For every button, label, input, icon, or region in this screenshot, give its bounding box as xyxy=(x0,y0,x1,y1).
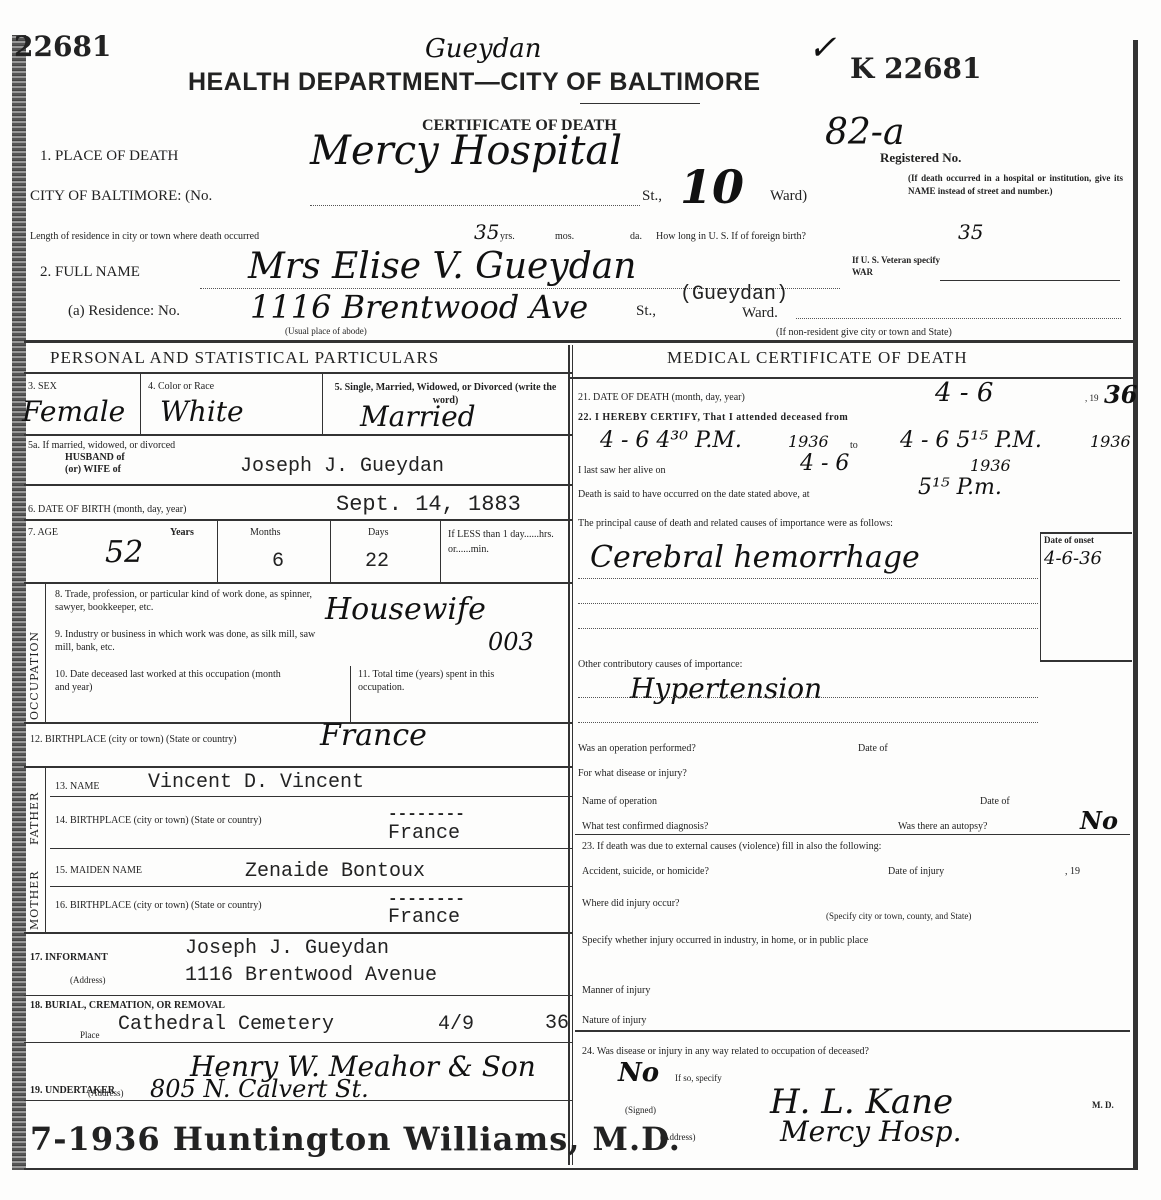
page-title: HEALTH DEPARTMENT—CITY OF BALTIMORE xyxy=(188,68,761,97)
trade-label: 8. Trade, profession, or particular kind… xyxy=(55,588,325,614)
manner-label: Manner of injury xyxy=(582,985,650,996)
injury-date-label: Date of injury xyxy=(888,866,944,877)
mother-name-label: 15. MAIDEN NAME xyxy=(55,865,142,876)
residence-length-label: Length of residence in city or town wher… xyxy=(30,231,259,242)
surname-annotation: Gueydan xyxy=(425,34,541,64)
dod-year-prefix: , 19 xyxy=(1085,393,1099,403)
father-name-value: Vincent D. Vincent xyxy=(148,771,364,794)
residence-label: (a) Residence: No. xyxy=(68,303,180,320)
less-than-label: If LESS than 1 day......hrs. or......min… xyxy=(448,527,558,557)
dob-label: 6. DATE OF BIRTH (month, day, year) xyxy=(28,504,186,515)
burial-date: 4/9 xyxy=(438,1013,474,1036)
days-label: Days xyxy=(368,527,389,538)
mother-bp-value: France xyxy=(388,906,460,929)
contrib-label: Other contributory causes of importance: xyxy=(578,659,742,670)
op-name-date-label: Date of xyxy=(980,796,1010,807)
father-side-label: FATHER xyxy=(28,770,41,845)
mos-label: mos. xyxy=(555,231,574,242)
accident-label: Accident, suicide, or homicide? xyxy=(582,866,709,877)
file-note: 82-a xyxy=(825,112,904,153)
onset-label: Date of onset xyxy=(1044,535,1094,545)
trade-code: 003 xyxy=(488,628,534,656)
race-label: 4. Color or Race xyxy=(148,381,214,392)
place-of-death-label: 1. PLACE OF DEATH xyxy=(40,148,178,165)
signed-label: (Signed) xyxy=(625,1105,656,1115)
checkmark-icon: ✓ xyxy=(808,28,837,68)
informant-label: 17. INFORMANT xyxy=(30,952,108,963)
ward-value: 10 xyxy=(680,160,744,214)
veteran-label: If U. S. Veteran specify WAR xyxy=(852,254,962,278)
dod-label: 21. DATE OF DEATH (month, day, year) xyxy=(578,392,745,403)
certify-label: 22. I HEREBY CERTIFY, That I attended de… xyxy=(578,412,1128,423)
age-days: 22 xyxy=(365,550,389,573)
disease-label: For what disease or injury? xyxy=(578,768,687,779)
father-name-label: 13. NAME xyxy=(55,781,99,792)
age-months: 6 xyxy=(272,550,284,573)
residence-ward: Ward. xyxy=(742,305,778,322)
residence-value: 1116 Brentwood Ave xyxy=(250,288,588,326)
op-name-label: Name of operation xyxy=(582,796,657,807)
md-label: M. D. xyxy=(1092,1100,1114,1110)
attended-from: 4 - 6 4³⁰ P.M. xyxy=(600,428,742,453)
city-label: CITY OF BALTIMORE: (No. xyxy=(30,188,212,205)
us-years: 35 xyxy=(958,220,983,244)
spouse-label-3: (or) WIFE of xyxy=(65,464,121,475)
injury-year-prefix: , 19 xyxy=(1065,866,1080,877)
informant-value: Joseph J. Gueydan xyxy=(185,937,389,960)
total-time-label: 11. Total time (years) spent in this occ… xyxy=(358,668,518,694)
undertaker-address: 805 N. Calvert St. xyxy=(150,1075,369,1103)
father-bp-label: 14. BIRTHPLACE (city or town) (State or … xyxy=(55,815,262,826)
full-name-label: 2. FULL NAME xyxy=(40,264,140,281)
abode-note: (Usual place of abode) xyxy=(285,326,367,336)
burial-place-label: Place xyxy=(80,1030,100,1040)
title-underline xyxy=(580,103,700,104)
if-so-label: If so, specify xyxy=(675,1073,722,1083)
age-label: 7. AGE xyxy=(28,527,58,538)
full-name-value: Mrs Elise V. Gueydan xyxy=(248,246,636,287)
hospital-note: (If death occurred in a hospital or inst… xyxy=(908,172,1123,198)
test-label: What test confirmed diagnosis? xyxy=(582,821,708,832)
last-worked-label: 10. Date deceased last worked at this oc… xyxy=(55,668,290,694)
operation-label: Was an operation performed? xyxy=(578,743,696,754)
cert-number-right: K 22681 xyxy=(850,52,982,85)
cause-label: The principal cause of death and related… xyxy=(578,517,938,530)
occ-related-value: No xyxy=(618,1058,659,1088)
industry-injury-label: Specify whether injury occurred in indus… xyxy=(582,925,1127,957)
nature-label: Nature of injury xyxy=(582,1015,646,1026)
right-border xyxy=(1133,40,1138,1170)
yrs-label: yrs. xyxy=(500,231,515,242)
attended-to: 4 - 6 5¹⁵ P.M. xyxy=(900,428,1042,453)
filed-stamp: 7-1936 Huntington Williams, M.D. xyxy=(30,1120,681,1158)
residence-years: 35 xyxy=(474,220,499,244)
left-border xyxy=(12,35,26,1170)
months-label: Months xyxy=(250,527,281,538)
death-time: 5¹⁵ P.m. xyxy=(918,475,1002,500)
mother-bp-label: 16. BIRTHPLACE (city or town) (State or … xyxy=(55,900,262,911)
us-label: How long in U. S. If of foreign birth? xyxy=(656,231,806,242)
burial-place: Cathedral Cemetery xyxy=(118,1013,334,1036)
residence-st: St., xyxy=(636,303,656,320)
death-said-label: Death is said to have occurred on the da… xyxy=(578,489,810,500)
mother-side-label: MOTHER xyxy=(28,850,41,930)
burial-year: 36 xyxy=(545,1012,569,1035)
autopsy-value: No xyxy=(1080,806,1118,835)
nonresident-note: (If non-resident give city or town and S… xyxy=(776,327,952,338)
father-bp-dash: -------- xyxy=(388,805,465,823)
burial-label: 18. BURIAL, CREMATION, OR REMOVAL xyxy=(30,1000,225,1011)
sex-value: Female xyxy=(22,395,125,428)
mother-name-value: Zenaide Bontoux xyxy=(245,860,425,883)
onset-value: 4-6-36 xyxy=(1044,548,1102,569)
physician-address: Mercy Hosp. xyxy=(780,1115,962,1148)
spouse-value: Joseph J. Gueydan xyxy=(240,455,444,478)
cert-number-left: 22681 xyxy=(14,30,111,63)
birthplace-label: 12. BIRTHPLACE (city or town) (State or … xyxy=(30,734,280,745)
last-saw-year: 1936 xyxy=(970,456,1011,475)
medical-section-header: MEDICAL CERTIFICATE OF DEATH xyxy=(667,348,968,368)
father-bp-value: France xyxy=(388,822,460,845)
contrib-value: Hypertension xyxy=(630,672,822,705)
typed-surname: (Gueydan) xyxy=(680,283,788,306)
spouse-label-1: 5a. If married, widowed, or divorced xyxy=(28,440,175,451)
cause-value: Cerebral hemorrhage xyxy=(590,540,920,575)
sex-label: 3. SEX xyxy=(28,381,57,392)
death-certificate: 22681 Gueydan HEALTH DEPARTMENT—CITY OF … xyxy=(0,0,1161,1200)
autopsy-label: Was there an autopsy? xyxy=(898,821,987,832)
last-saw-label: I last saw her alive on xyxy=(578,465,665,476)
physician-address-label: (Address) xyxy=(660,1132,696,1142)
place-of-death-value: Mercy Hospital xyxy=(310,128,622,174)
years-label: Years xyxy=(170,527,194,538)
occupation-side-label: OCCUPATION xyxy=(28,590,41,720)
informant-address-label: (Address) xyxy=(70,975,106,985)
industry-label: 9. Industry or business in which work wa… xyxy=(55,628,325,654)
da-label: da. xyxy=(630,231,642,242)
informant-address: 1116 Brentwood Avenue xyxy=(185,964,437,987)
street-label: St., xyxy=(642,188,662,205)
dob-value: Sept. 14, 1883 xyxy=(336,492,521,517)
specify-note: (Specify city or town, county, and State… xyxy=(826,911,971,921)
occ-related-label: 24. Was disease or injury in any way rel… xyxy=(582,1046,869,1057)
where-label: Where did injury occur? xyxy=(582,898,679,909)
marital-value: Married xyxy=(360,400,476,433)
race-value: White xyxy=(160,395,244,428)
to-year: 1936 xyxy=(1090,432,1131,451)
last-saw-value: 4 - 6 xyxy=(800,451,849,476)
spouse-label-2: HUSBAND of xyxy=(65,452,125,463)
op-date-label: Date of xyxy=(858,743,888,754)
to-label: to xyxy=(850,440,858,451)
personal-section-header: PERSONAL AND STATISTICAL PARTICULARS xyxy=(50,348,439,368)
ward-label: Ward) xyxy=(770,188,807,205)
dod-year: 36 xyxy=(1104,380,1137,409)
registered-label: Registered No. xyxy=(880,150,961,166)
age-years: 52 xyxy=(105,535,143,570)
undertaker-address-label: (Address) xyxy=(88,1088,124,1098)
birthplace-value: France xyxy=(320,718,427,753)
trade-value: Housewife xyxy=(325,592,486,627)
dod-value: 4 - 6 xyxy=(935,378,993,408)
from-year: 1936 xyxy=(788,432,829,451)
external-label: 23. If death was due to external causes … xyxy=(582,840,1127,853)
